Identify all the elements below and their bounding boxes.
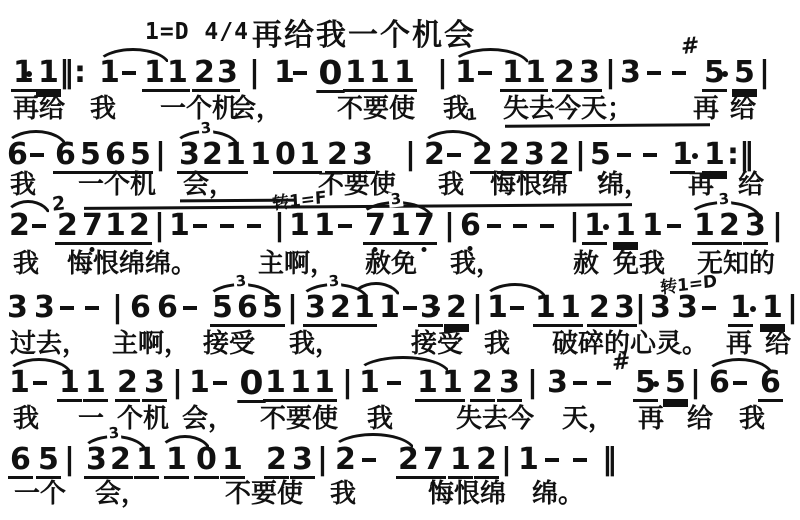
note: 1 — [312, 211, 337, 241]
time-signature: 4/4 — [204, 19, 249, 45]
note: 2 — [552, 58, 577, 92]
note: 2 — [264, 445, 289, 479]
barline: ‖: — [57, 58, 88, 88]
lyrics-line: 一个会，不要使我悔恨绵绵。 — [0, 480, 800, 512]
slur — [4, 130, 68, 149]
barline: | — [757, 58, 772, 88]
duration-dash — [213, 381, 227, 385]
duration-dash — [338, 224, 352, 228]
duration-dot — [26, 71, 32, 77]
duration-dash — [220, 224, 234, 228]
note: 6 — [458, 211, 483, 241]
duration-dot — [434, 306, 440, 312]
note: 1 — [392, 58, 417, 92]
barline: ‖ — [600, 445, 619, 475]
note: 2 — [474, 445, 499, 479]
note: 1 — [287, 211, 312, 241]
note: 3 — [545, 368, 570, 398]
barline: | — [315, 445, 330, 475]
duration-dash — [545, 458, 559, 462]
note: 3 — [522, 140, 547, 174]
lyric-segment: 我 — [739, 405, 765, 434]
note: 3 — [577, 58, 602, 92]
note: 3 — [5, 293, 30, 323]
duration-dot — [603, 224, 609, 230]
lyric-segment: 失去今 — [456, 405, 534, 434]
note: 2 — [497, 140, 522, 174]
triplet-number: 3 — [716, 191, 732, 207]
lyric-segment: 一 — [78, 405, 104, 434]
note: 3 — [350, 140, 375, 174]
duration-dash — [597, 381, 611, 385]
lyric-segment: 失去今天； — [503, 95, 633, 124]
note: 3 — [142, 368, 167, 402]
lyric-segment: 免我 — [613, 250, 665, 279]
lyric-segment: 我 — [13, 405, 39, 434]
lyric-segment: 再 — [638, 405, 664, 434]
note: 6 — [155, 293, 180, 323]
barline: | — [247, 58, 262, 88]
note: 2 — [115, 368, 140, 402]
handwritten-annotation: 1 — [466, 106, 478, 123]
lyric-segment: 再给 — [13, 95, 65, 124]
duration-dash — [32, 224, 46, 228]
barline: | — [340, 368, 355, 398]
lyric-segment: 我 — [438, 171, 464, 200]
duration-dash — [183, 306, 197, 310]
lyric-segment: 会， — [182, 405, 234, 434]
note: 1 — [220, 445, 245, 479]
duration-dash — [733, 381, 747, 385]
key-signature: 1=D — [145, 19, 190, 45]
note: 3 — [215, 58, 240, 92]
lyric-segment: 一个 — [14, 480, 66, 509]
duration-dash — [513, 224, 527, 228]
note: 2 — [547, 140, 572, 174]
note: 1 — [103, 211, 128, 245]
lyric-segment: 给 — [730, 95, 756, 124]
duration-dash — [478, 71, 492, 75]
handwritten-annotation: # — [680, 35, 699, 59]
barline: | — [499, 445, 514, 475]
note: 1 — [367, 58, 392, 92]
duration-dash — [362, 458, 376, 462]
barline: | — [170, 368, 185, 398]
barline: :‖ — [725, 140, 756, 170]
note: 5 — [588, 140, 613, 170]
page-title: 再给我一个机会 — [252, 10, 476, 54]
lyric-segment: 不要使 — [337, 95, 415, 124]
note: 1 — [448, 445, 473, 479]
barline: | — [525, 368, 540, 398]
duration-dash — [647, 71, 661, 75]
note: 2 — [55, 211, 80, 245]
lyric-segment: 我 — [13, 250, 39, 279]
handwritten-annotation: 转1=D — [660, 274, 718, 298]
lyric-segment: 不要使 — [260, 405, 338, 434]
lyrics-line: 再给我一个机会，不要使我失去今天；再给1 — [0, 95, 800, 127]
notation-line: 22712|1|11717|6|111123|2转1=F33 — [0, 211, 800, 253]
lyric-segment: 会， — [230, 95, 282, 124]
note: 1 — [248, 140, 273, 170]
triplet-arc: 3 — [80, 435, 148, 454]
triplet-number: 3 — [388, 191, 404, 207]
note: 3 — [675, 293, 700, 323]
note: 2 — [587, 293, 612, 327]
note: 1 — [613, 211, 638, 245]
barline: | — [567, 211, 582, 241]
note: 6 — [128, 293, 153, 323]
lyric-segment: 会， — [95, 480, 147, 509]
duration-dot — [653, 381, 659, 387]
lyric-segment: 赦 — [573, 250, 599, 279]
rest-note: 0 — [316, 56, 344, 93]
slur — [482, 283, 548, 302]
duration-dash — [667, 224, 681, 228]
note: 1 — [263, 368, 288, 402]
barline: | — [442, 211, 457, 241]
handwritten-line — [505, 123, 710, 127]
barline: | — [435, 58, 450, 88]
duration-dash — [447, 153, 461, 157]
duration-dash — [487, 224, 501, 228]
lyric-segment: 我 — [367, 405, 393, 434]
slur — [420, 130, 486, 149]
note: 1 — [760, 293, 785, 327]
note: 2 — [192, 58, 217, 92]
duration-dot — [722, 71, 728, 77]
lyric-segment: 再 — [726, 330, 752, 359]
lyric-segment: 个机 — [117, 405, 169, 434]
key-time-signature: 1=D 4/4 — [145, 19, 249, 45]
barline: | — [785, 293, 800, 323]
lyric-segment: 我 — [484, 330, 510, 359]
duration-dash — [672, 71, 686, 75]
duration-dash — [702, 306, 716, 310]
lyric-segment: 接受 — [203, 330, 255, 359]
note: 5 — [732, 58, 757, 92]
duration-dash — [573, 458, 587, 462]
note: 5 — [36, 445, 61, 479]
note: 5 — [128, 140, 153, 174]
triplet-arc: 3 — [686, 201, 762, 220]
lyric-segment: 过去， — [10, 330, 88, 359]
duration-dash — [30, 153, 44, 157]
note: 1 — [640, 211, 665, 241]
note: 2 — [444, 293, 469, 327]
duration-dash — [540, 224, 554, 228]
slur — [158, 435, 212, 454]
sheet-music-page: 1=D 4/4 再给我一个机会 11‖:11123|10111|11123|35… — [0, 0, 800, 520]
rest-note: 0 — [237, 366, 265, 403]
note: 3 — [618, 58, 643, 88]
note: 3 — [497, 368, 522, 402]
note: 7 — [421, 445, 446, 479]
lyric-segment: 主啊， — [112, 330, 190, 359]
barline: | — [573, 140, 588, 170]
triplet-number: 3 — [198, 120, 214, 136]
barline: | — [153, 140, 168, 170]
lyric-segment: 不要使 — [318, 171, 396, 200]
barline: | — [403, 140, 418, 170]
note: 7 — [80, 211, 105, 245]
lyric-segment: 一个机 — [78, 171, 156, 200]
barline: | — [603, 58, 618, 88]
lyric-segment: 悔恨绵绵。 — [67, 250, 197, 279]
barline: | — [110, 293, 125, 323]
duration-dash — [247, 224, 261, 228]
note: 6 — [103, 140, 128, 174]
note: 1 — [187, 368, 212, 398]
lyric-segment: 主啊， — [258, 250, 336, 279]
duration-dash — [33, 381, 47, 385]
note: 1 — [167, 211, 192, 241]
lyric-segment: 再 — [693, 95, 719, 124]
duration-dash — [617, 153, 631, 157]
lyric-segment: 我， — [289, 330, 341, 359]
lyric-segment: 绵。 — [532, 480, 584, 509]
barline: | — [62, 445, 77, 475]
duration-dot — [692, 153, 698, 159]
note: 1 — [297, 140, 322, 174]
note: 2 — [127, 211, 152, 245]
handwritten-line — [84, 203, 632, 210]
duration-dash — [510, 306, 524, 310]
note: 1 — [670, 140, 695, 174]
note: 2 — [325, 140, 350, 174]
lyric-segment: 会， — [183, 171, 235, 200]
lyric-segment: 不要使 — [225, 480, 303, 509]
barline: | — [152, 211, 167, 241]
duration-dash — [293, 71, 307, 75]
lyric-segment: 悔恨绵 — [428, 480, 506, 509]
lyric-segment: 悔恨绵 — [490, 171, 568, 200]
note: 2 — [470, 368, 495, 402]
note: 3 — [290, 445, 315, 479]
note: 1 — [288, 368, 313, 402]
barline: | — [633, 293, 648, 323]
handwritten-annotation: 2 — [52, 194, 66, 215]
note: 5 — [78, 140, 103, 174]
duration-dash — [60, 306, 74, 310]
duration-dash — [85, 306, 99, 310]
note: 1 — [312, 368, 337, 402]
note: 3 — [32, 293, 57, 323]
duration-dash — [122, 71, 136, 75]
note: 1 — [83, 368, 108, 402]
rest-note: 0 — [273, 140, 298, 174]
note: 6 — [8, 445, 33, 479]
note: 5 — [663, 368, 688, 402]
barline: | — [272, 211, 287, 241]
note: 1 — [558, 293, 583, 327]
slur — [95, 48, 171, 67]
lyric-segment: 我 — [10, 171, 36, 200]
duration-dash — [403, 306, 417, 310]
triplet-arc: 3 — [172, 130, 240, 149]
slur — [350, 282, 402, 301]
lyric-segment: 我 — [90, 95, 116, 124]
note: 1 — [11, 58, 36, 92]
triplet-number: 3 — [233, 273, 249, 289]
lyric-segment: 再 — [688, 171, 714, 200]
handwritten-annotation: # — [611, 351, 630, 375]
note: 1 — [702, 140, 727, 174]
note: 1 — [728, 293, 753, 327]
note: 1 — [343, 58, 368, 92]
lyric-segment: 绵， — [598, 171, 650, 200]
lyric-segment: 天， — [562, 405, 614, 434]
triplet-number: 3 — [106, 425, 122, 441]
triplet-arc: 3 — [205, 283, 277, 302]
triplet-number: 3 — [326, 273, 342, 289]
lyric-segment: 给 — [687, 405, 713, 434]
lyric-segment: 给 — [765, 330, 791, 359]
lyric-segment: 我 — [330, 480, 356, 509]
duration-dot — [750, 306, 756, 312]
duration-dash — [193, 224, 207, 228]
barline: | — [770, 211, 785, 241]
lyric-segment: 给 — [738, 171, 764, 200]
duration-dash — [387, 381, 401, 385]
lyric-segment: 赦免 — [365, 250, 417, 279]
barline: | — [688, 368, 703, 398]
duration-dash — [573, 381, 587, 385]
note: 1 — [516, 445, 541, 475]
lyric-segment: 我， — [450, 250, 502, 279]
lyric-segment: 接受 — [411, 330, 463, 359]
duration-dash — [643, 153, 657, 157]
